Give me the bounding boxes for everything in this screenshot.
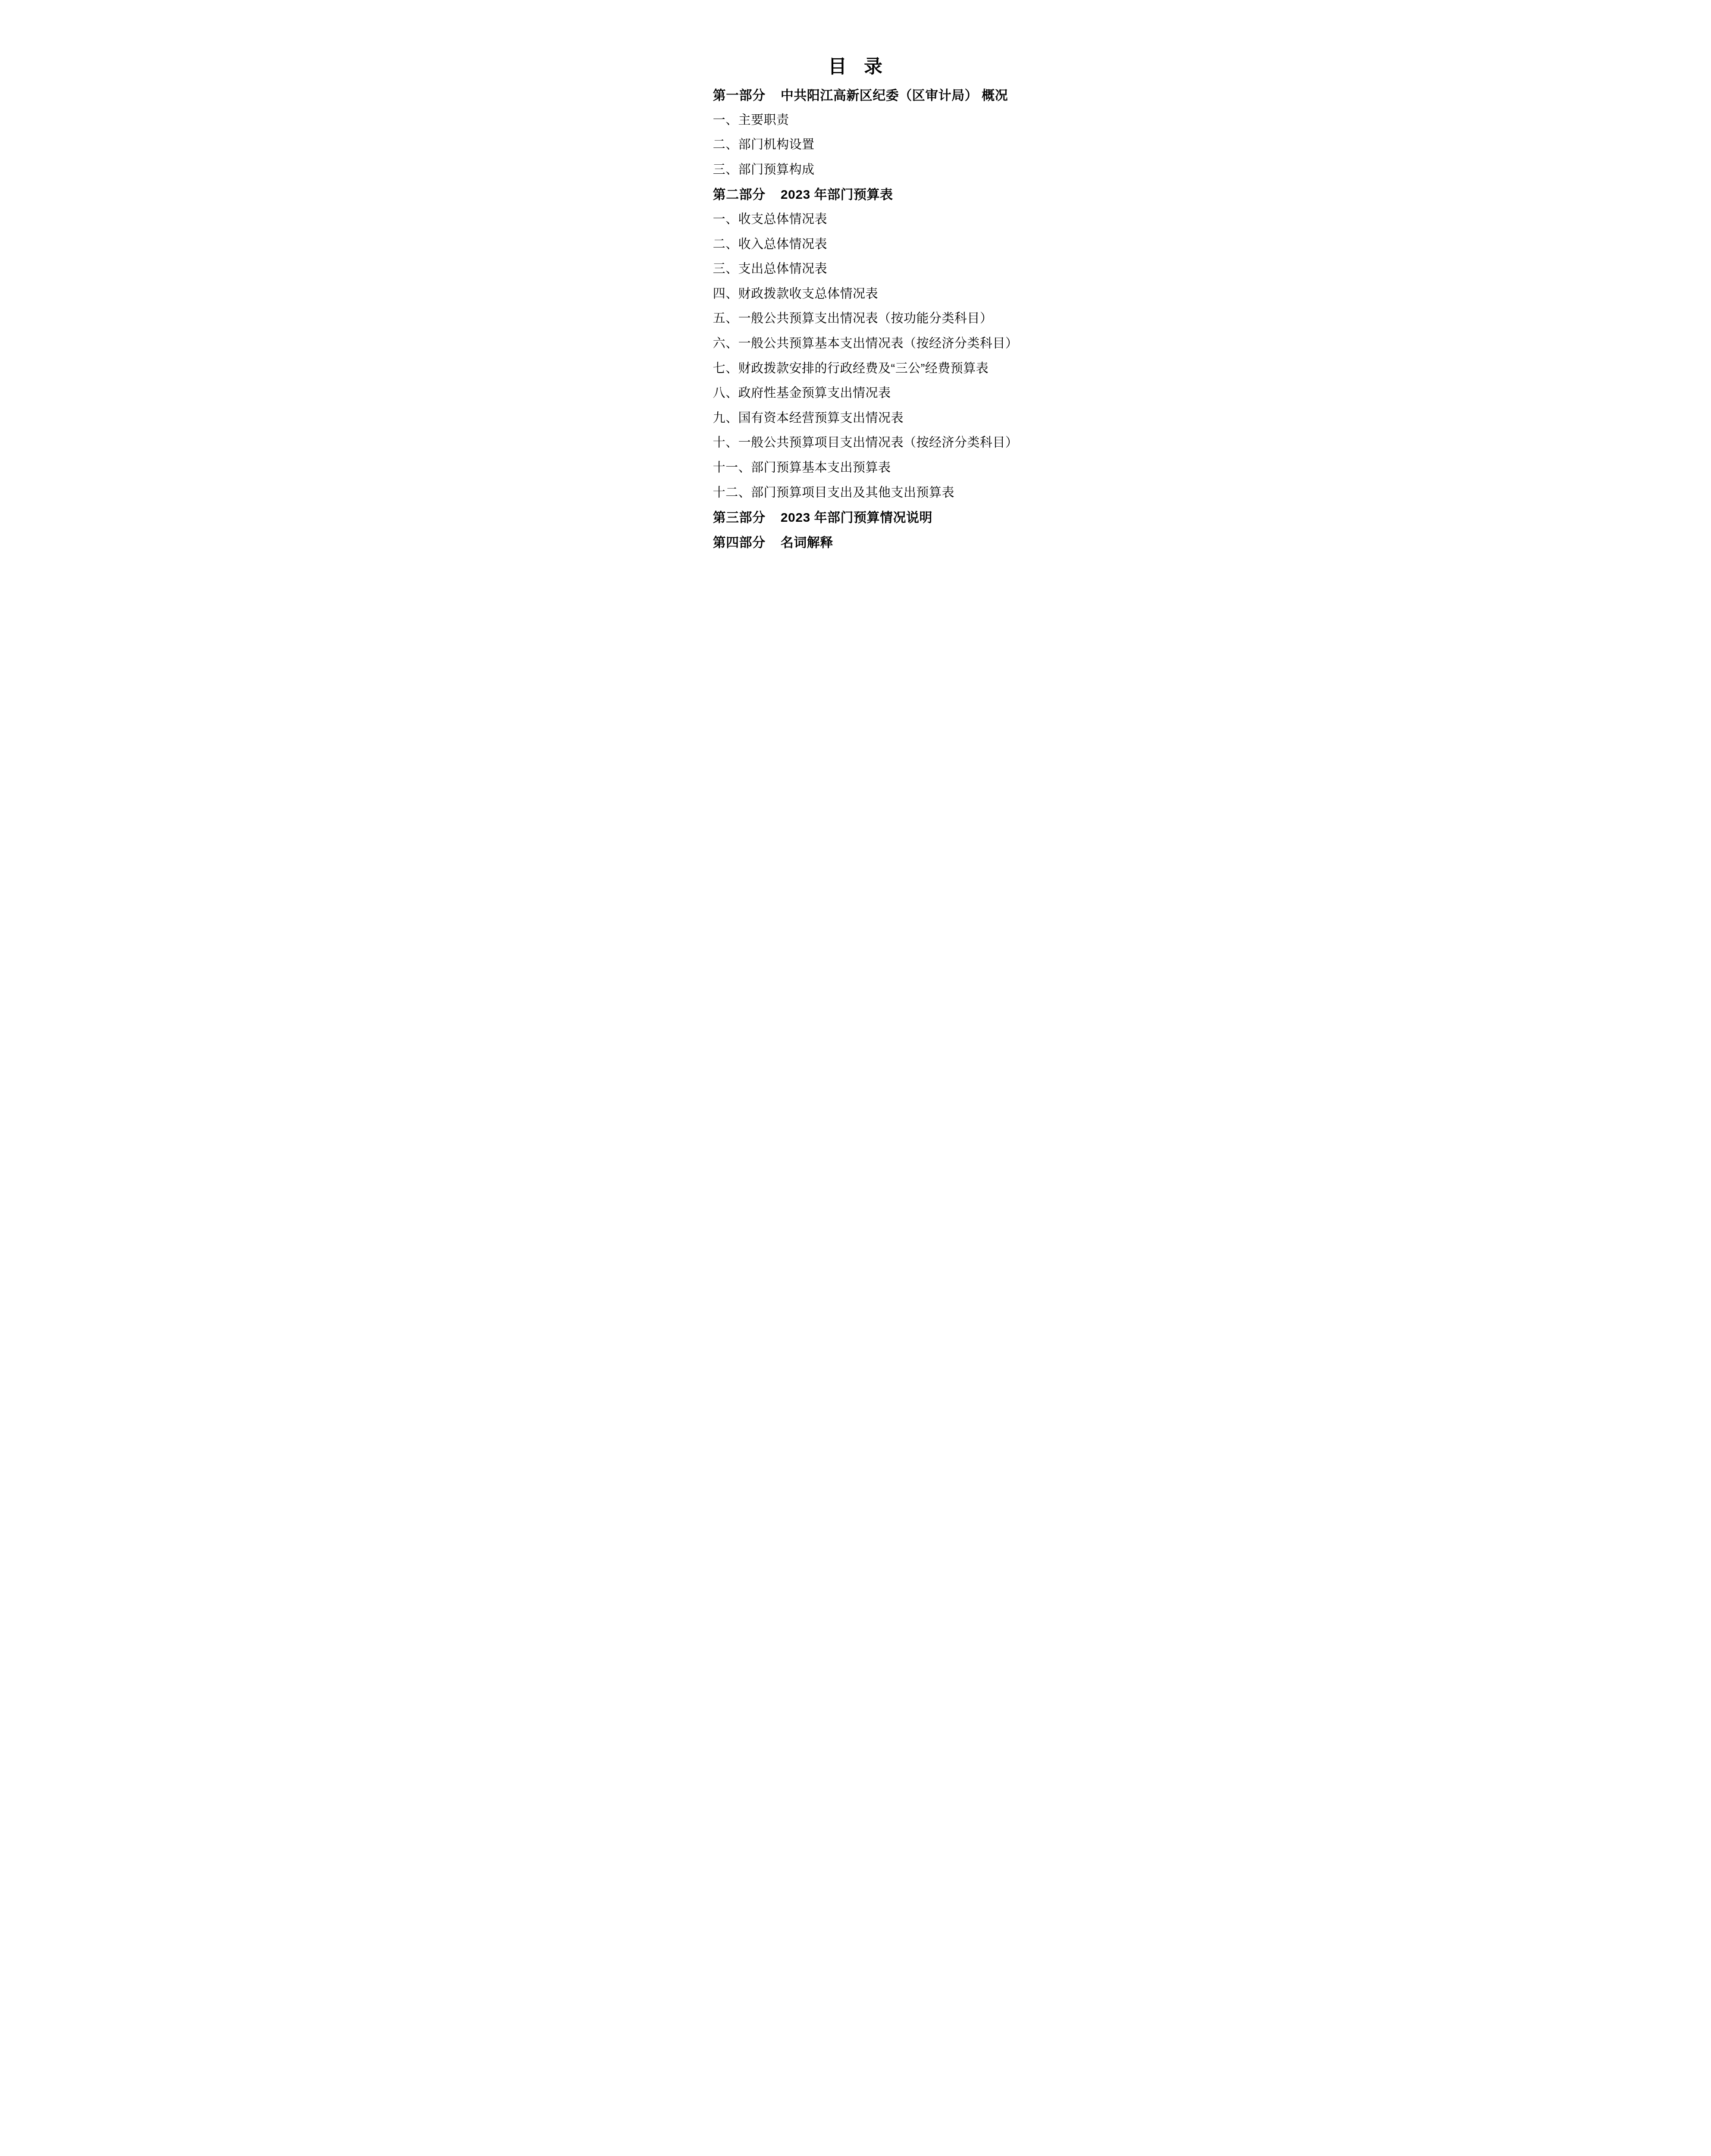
- toc-item-government-fund-budget-expenditure: 八、政府性基金预算支出情况表: [713, 381, 1080, 406]
- toc-item-general-public-budget-expenditure: 五、一般公共预算支出情况表（按功能分类科目）: [713, 307, 1080, 332]
- toc-item-budget-composition: 三、部门预算构成: [713, 158, 1080, 183]
- toc-item-revenue-expenditure-overview: 一、收支总体情况表: [713, 207, 1080, 232]
- toc-item-main-duties: 一、主要职责: [713, 108, 1080, 133]
- toc-item-revenue-overview: 二、收入总体情况表: [713, 232, 1080, 257]
- table-of-contents: 第一部分 中共阳江高新区纪委（区审计局） 概况 一、主要职责 二、部门机构设置 …: [614, 83, 1098, 555]
- toc-item-dept-budget-basic-expenditure: 十一、部门预算基本支出预算表: [713, 456, 1080, 481]
- toc-heading-part2: 第二部分 2023 年部门预算表: [713, 182, 1080, 207]
- toc-item-admin-and-three-public-funds: 七、财政拨款安排的行政经费及“三公”经费预算表: [713, 357, 1080, 382]
- toc-item-org-structure: 二、部门机构设置: [713, 133, 1080, 158]
- toc-item-state-capital-operation-budget: 九、国有资本经营预算支出情况表: [713, 406, 1080, 431]
- toc-heading-part3: 第三部分 2023 年部门预算情况说明: [713, 505, 1080, 530]
- page-title: 目 录: [614, 56, 1098, 78]
- toc-item-expenditure-overview: 三、支出总体情况表: [713, 257, 1080, 282]
- document-page: 目 录 第一部分 中共阳江高新区纪委（区审计局） 概况 一、主要职责 二、部门机…: [614, 0, 1098, 684]
- toc-heading-part1: 第一部分 中共阳江高新区纪委（区审计局） 概况: [713, 83, 1080, 108]
- toc-item-general-public-budget-project-expenditure: 十、一般公共预算项目支出情况表（按经济分类科目）: [713, 431, 1080, 456]
- toc-heading-part4: 第四部分 名词解释: [713, 530, 1080, 555]
- toc-item-dept-budget-project-and-other: 十二、部门预算项目支出及其他支出预算表: [713, 481, 1080, 506]
- toc-item-general-public-budget-basic-expenditure: 六、一般公共预算基本支出情况表（按经济分类科目）: [713, 332, 1080, 357]
- toc-item-fiscal-appropriation-overview: 四、财政拨款收支总体情况表: [713, 282, 1080, 307]
